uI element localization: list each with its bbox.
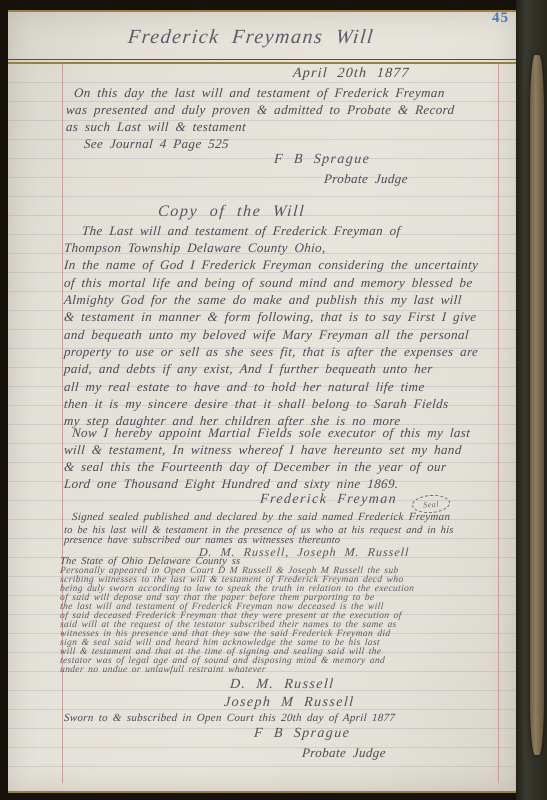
handwritten-line: was presented and duly proven & admitted… [65, 102, 455, 118]
handwritten-line: under no undue or unlawfull restraint wh… [60, 665, 266, 675]
handwritten-line: In the name of God I Frederick Freyman c… [63, 257, 478, 273]
handwritten-line: as such Last will & testament [65, 119, 246, 135]
handwritten-line: Frederick Freyman [259, 492, 397, 508]
handwritten-line: Thompson Township Delaware County Ohio, [63, 240, 326, 256]
book-photo: Frederick Freymans Will 45 Seal April 20… [0, 0, 547, 800]
handwritten-line: The Last will and testament of Frederick… [81, 223, 401, 239]
handwritten-line: D. M. Russell [229, 677, 335, 693]
handwritten-line: all my real estate to have and to hold h… [63, 379, 425, 395]
handwritten-line: Now I hereby appoint Martial Fields sole… [71, 425, 470, 441]
ledger-page: Frederick Freymans Will 45 Seal April 20… [8, 10, 516, 793]
handwritten-line: See Journal 4 Page 525 [83, 136, 229, 152]
handwritten-line: Almighty God for the same do make and pu… [63, 292, 462, 308]
handwritten-line: Joseph M Russell [223, 695, 355, 711]
handwritten-line: Probate Judge [323, 171, 408, 187]
handwritten-line: then it is my sincere desire that it sha… [63, 396, 449, 412]
handwritten-line: property to use or sell as she sees fit,… [63, 344, 478, 360]
handwritten-line: and bequeath unto my beloved wife Mary F… [63, 327, 469, 343]
handwritten-line: Lord one Thousand Eight Hundred and sixt… [63, 476, 399, 492]
handwritten-line: F B Sprague [273, 152, 370, 168]
handwritten-line: will & testament, In witness whereof I h… [63, 442, 462, 458]
handwritten-line: of this mortal life and being of sound m… [63, 275, 473, 291]
book-fore-edge [530, 55, 544, 755]
handwritten-line: April 20th 1877 [292, 66, 410, 82]
handwriting-layer: Seal April 20th 1877On this day the last… [8, 12, 516, 791]
handwritten-line: Sworn to & subscribed in Open Court this… [64, 712, 396, 724]
handwritten-line: & seal this the Fourteenth day of Decemb… [63, 459, 447, 475]
handwritten-line: & testament in manner & form following, … [63, 309, 477, 325]
handwritten-line: paid, and debts if any exist, And I furt… [63, 361, 433, 377]
handwritten-line: Copy of the Will [157, 203, 305, 221]
handwritten-line: Probate Judge [301, 745, 386, 761]
handwritten-line: On this day the last will and testament … [73, 85, 445, 101]
seal-label: Seal [423, 499, 439, 509]
handwritten-line: Signed sealed published and declared by … [72, 511, 451, 523]
handwritten-line: F B Sprague [253, 726, 350, 742]
